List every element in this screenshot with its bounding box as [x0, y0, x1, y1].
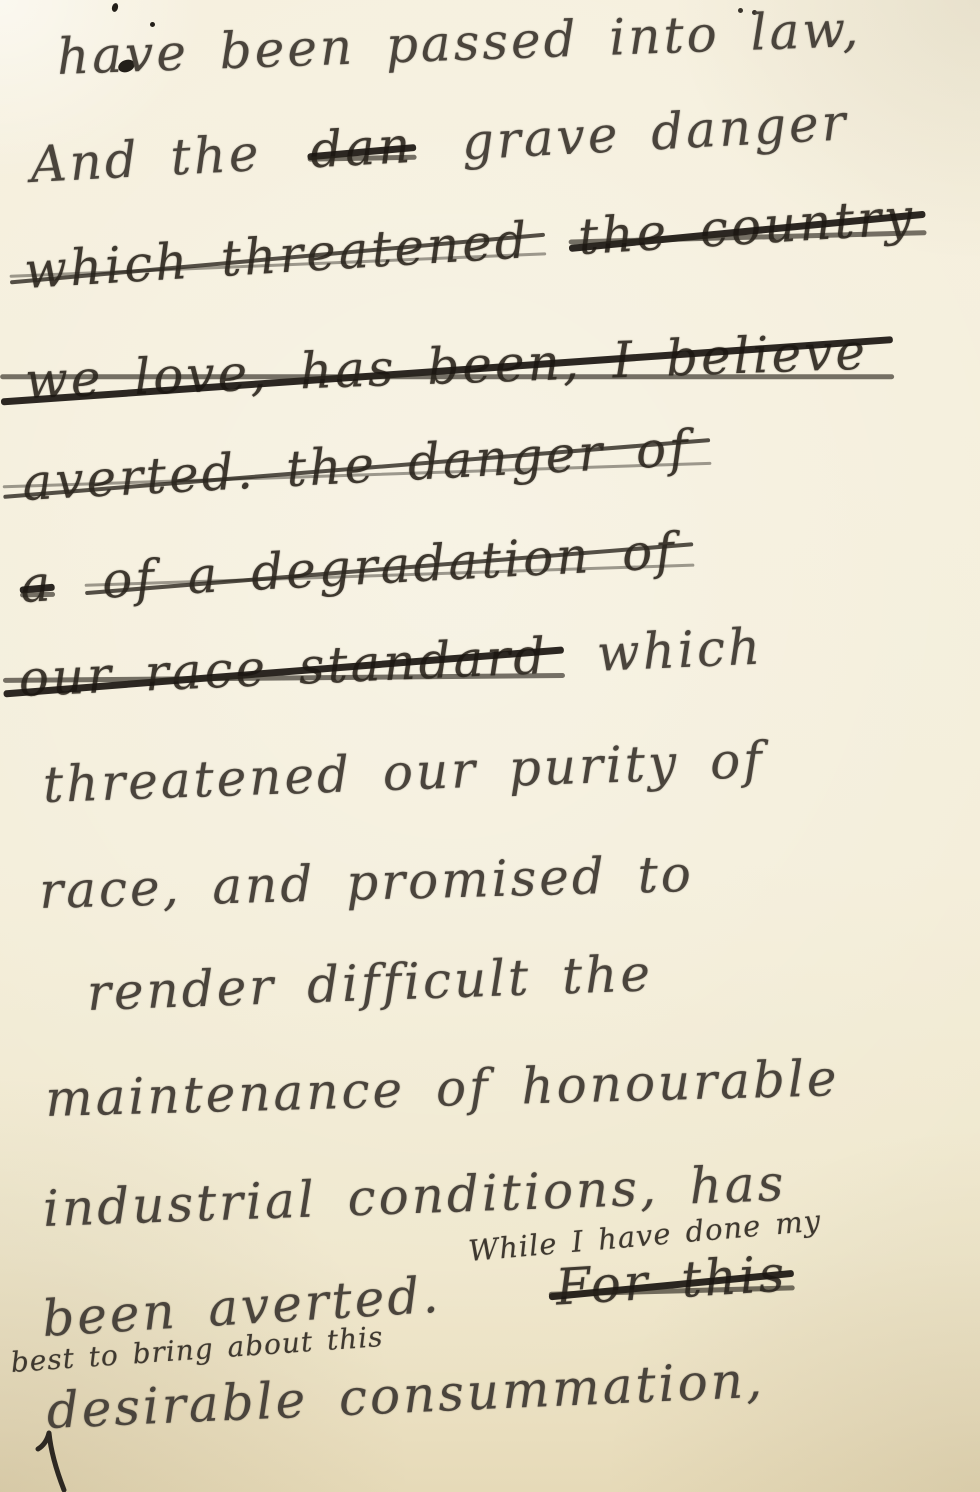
manuscript-line: averted. the danger of [21, 421, 692, 511]
manuscript-page: have been passed into law, And the dan g… [0, 0, 980, 1492]
deleted-text: a [19, 556, 55, 613]
deleted-text: our race standard [18, 629, 550, 707]
handwritten-text: race, and promised to [39, 847, 695, 919]
handwritten-text: have been passed into law, [56, 2, 862, 85]
ink-blot [111, 2, 119, 12]
insertion-caret-icon [34, 1426, 76, 1492]
manuscript-line: And the dan grave danger [29, 95, 850, 193]
deleted-text: we love, has been, I believe [24, 325, 869, 409]
manuscript-line: threatened our purity of [42, 733, 765, 813]
deleted-text: the country [577, 190, 917, 266]
handwritten-text: maintenance of honourable [45, 1051, 841, 1127]
handwritten-text: render difficult the [86, 946, 654, 1021]
handwritten-text: threatened our purity of [42, 733, 765, 813]
manuscript-line: render difficult the [86, 946, 654, 1021]
manuscript-line: been averted. For this [41, 1247, 789, 1347]
deleted-text: of a degradation of [101, 524, 678, 609]
manuscript-line: race, and promised to [39, 847, 695, 919]
deleted-text: averted. the danger of [21, 421, 692, 511]
manuscript-line: have been passed into law, [56, 2, 862, 85]
deleted-text: which threatened [23, 213, 532, 299]
handwritten-text: grave danger [460, 95, 849, 170]
manuscript-line: which threatened the country [23, 190, 917, 299]
handwritten-text: And the [29, 126, 263, 193]
manuscript-line: a of a degradation of [19, 524, 678, 613]
handwritten-text: which [596, 620, 764, 682]
manuscript-line: our race standard which [18, 620, 765, 707]
deleted-text: dan [309, 118, 415, 178]
manuscript-line: maintenance of honourable [45, 1051, 841, 1127]
manuscript-line: we love, has been, I believe [24, 325, 869, 409]
